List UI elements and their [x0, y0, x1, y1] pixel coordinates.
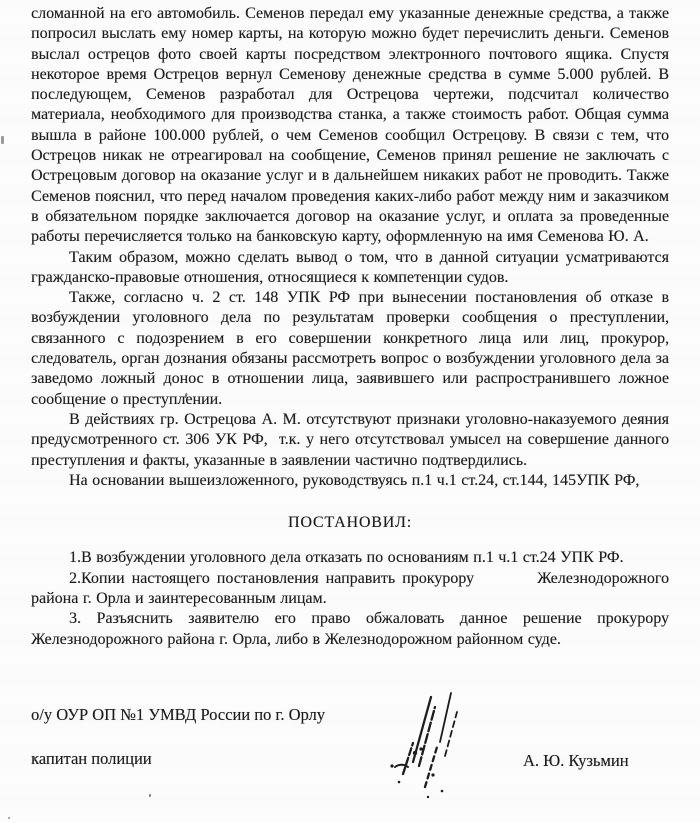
document-body: сломанной на его автомобиль. Семенов пер…	[31, 4, 669, 650]
scan-artifact-speck	[1, 136, 4, 144]
scan-artifact-speck	[8, 817, 10, 819]
officer-unit-line: о/у ОУР ОП №1 УМВД России по г. Орлу	[31, 705, 325, 725]
resolution-item: 1.В возбуждении уголовного дела отказать…	[31, 548, 669, 568]
resolution-item: 2.Копии настоящего постановления направи…	[31, 569, 669, 610]
body-paragraph: Таким образом, можно сделать вывод о том…	[31, 248, 669, 289]
signature-scribble-icon	[384, 690, 468, 800]
scan-artifact-speck	[33, 757, 36, 760]
body-paragraph: На основании вышеизложенного, руководств…	[31, 471, 669, 491]
resolution-item: 3. Разъяснить заявителю его право обжало…	[31, 609, 669, 650]
scan-artifact-speck	[149, 794, 151, 797]
officer-rank-line: капитан полиции	[31, 749, 152, 769]
body-paragraph: Также, согласно ч. 2 ст. 148 УПК РФ при …	[31, 288, 669, 410]
scanned-document-page: сломанной на его автомобиль. Семенов пер…	[0, 0, 700, 823]
body-paragraph: В действиях гр. Острецова А. М. отсутств…	[31, 410, 669, 471]
signature-name: А. Ю. Кузьмин	[523, 751, 629, 771]
body-paragraph: сломанной на его автомобиль. Семенов пер…	[31, 4, 669, 248]
resolution-heading: ПОСТАНОВИЛ:	[31, 513, 669, 533]
